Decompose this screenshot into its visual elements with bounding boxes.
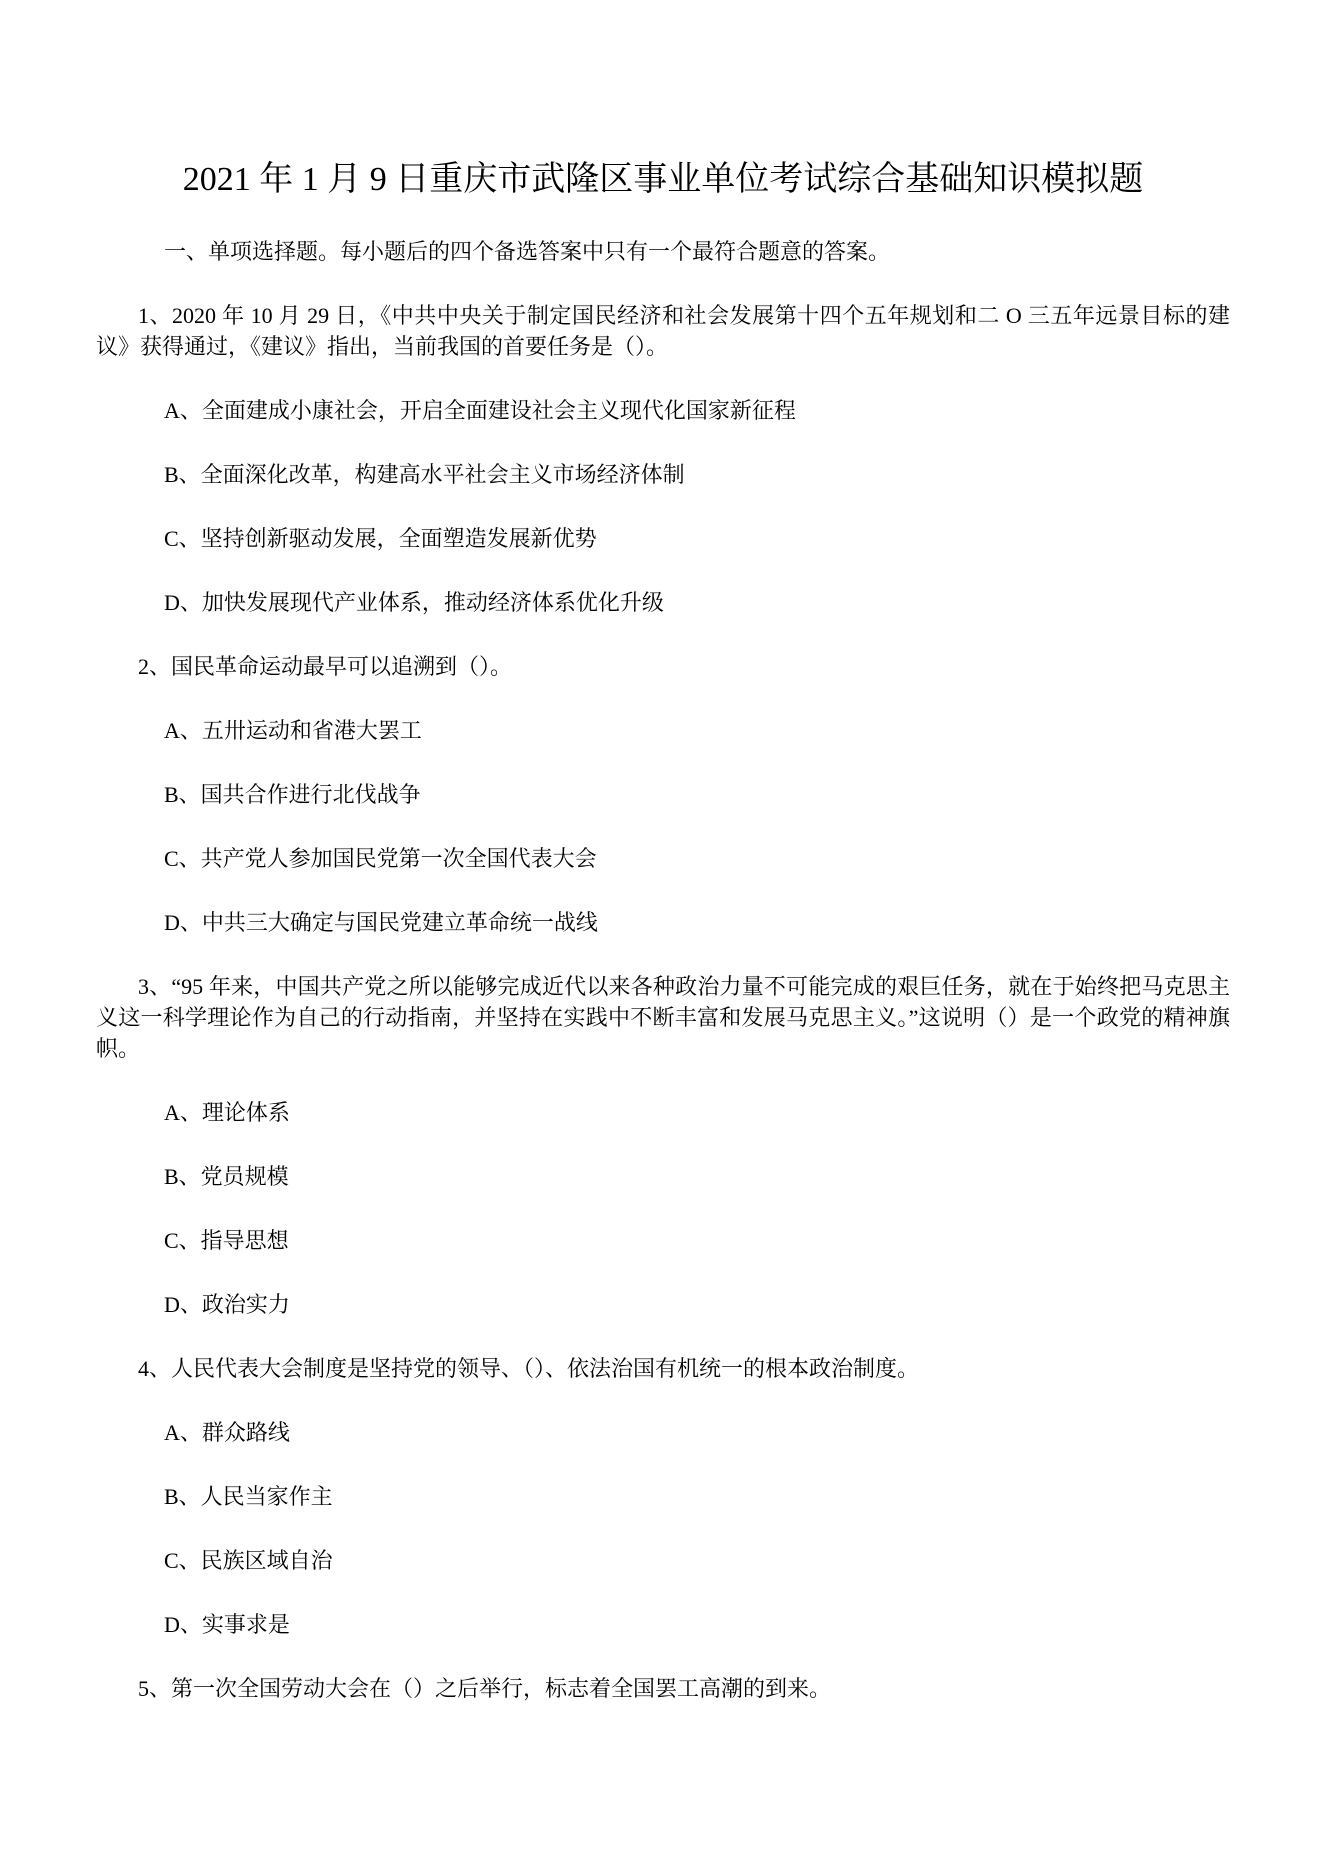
question-3-option-b: B、党员规模 [96, 1161, 1230, 1192]
question-4-option-d: D、实事求是 [96, 1609, 1230, 1640]
question-1-option-c: C、坚持创新驱动发展，全面塑造发展新优势 [96, 523, 1230, 554]
question-4-option-c: C、民族区域自治 [96, 1545, 1230, 1576]
exam-document-page: 2021 年 1 月 9 日重庆市武隆区事业单位考试综合基础知识模拟题 一、单项… [0, 0, 1323, 1872]
question-4-option-a: A、群众路线 [96, 1417, 1230, 1448]
question-3-option-a: A、理论体系 [96, 1097, 1230, 1128]
question-2-option-d: D、中共三大确定与国民党建立革命统一战线 [96, 907, 1230, 938]
question-3-stem: 3、“95 年来，中国共产党之所以能够完成近代以来各种政治力量不可能完成的艰巨任… [96, 971, 1230, 1064]
question-2-option-a: A、五卅运动和省港大罢工 [96, 715, 1230, 746]
question-1-option-a: A、全面建成小康社会，开启全面建设社会主义现代化国家新征程 [96, 395, 1230, 426]
section-intro: 一、单项选择题。每小题后的四个备选答案中只有一个最符合题意的答案。 [96, 236, 1230, 267]
question-4-stem: 4、人民代表大会制度是坚持党的领导、（）、依法治国有机统一的根本政治制度。 [96, 1353, 1230, 1384]
question-4-option-b: B、人民当家作主 [96, 1481, 1230, 1512]
question-3-option-c: C、指导思想 [96, 1225, 1230, 1256]
question-5-stem: 5、第一次全国劳动大会在（）之后举行，标志着全国罢工高潮的到来。 [96, 1673, 1230, 1704]
question-3-option-d: D、政治实力 [96, 1289, 1230, 1320]
question-2-option-b: B、国共合作进行北伐战争 [96, 779, 1230, 810]
question-1-option-d: D、加快发展现代产业体系，推动经济体系优化升级 [96, 587, 1230, 618]
question-2-stem: 2、国民革命运动最早可以追溯到（）。 [96, 651, 1230, 682]
document-title: 2021 年 1 月 9 日重庆市武隆区事业单位考试综合基础知识模拟题 [96, 158, 1230, 202]
question-2-option-c: C、共产党人参加国民党第一次全国代表大会 [96, 843, 1230, 874]
question-1-stem: 1、2020 年 10 月 29 日，《中共中央关于制定国民经济和社会发展第十四… [96, 300, 1230, 362]
question-1-option-b: B、全面深化改革，构建高水平社会主义市场经济体制 [96, 459, 1230, 490]
